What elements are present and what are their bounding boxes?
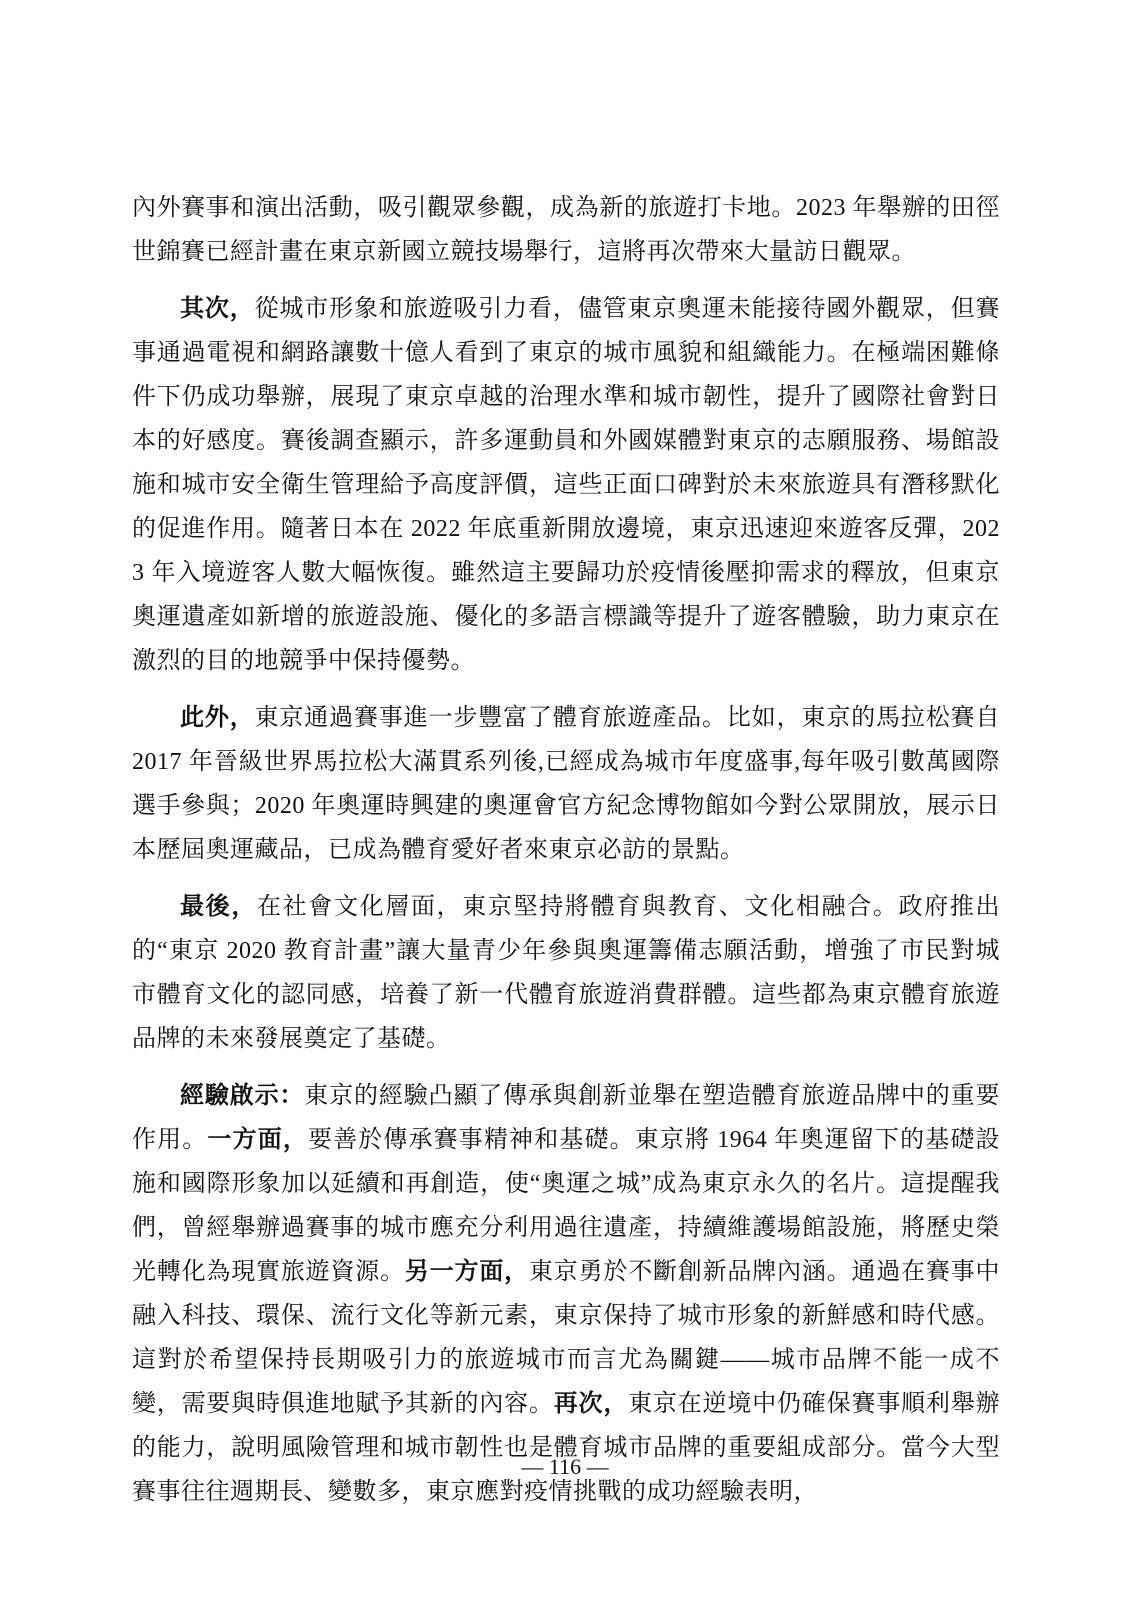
text-run: 經驗啟示： bbox=[180, 1083, 304, 1109]
text-run: 再次， bbox=[554, 1391, 628, 1417]
paragraph: 最後，在社會文化層面，東京堅持將體育與教育、文化相融合。政府推出的“東京 202… bbox=[132, 885, 1000, 1061]
text-run: 另一方面， bbox=[405, 1259, 529, 1285]
document-page: 內外賽事和演出活動，吸引觀眾參觀，成為新的旅遊打卡地。2023 年舉辦的田徑世錦… bbox=[0, 0, 1130, 1600]
paragraph: 經驗啟示：東京的經驗凸顯了傳承與創新並舉在塑造體育旅遊品牌中的重要作用。一方面，… bbox=[132, 1074, 1000, 1514]
paragraph: 此外，東京通過賽事進一步豐富了體育旅遊產品。比如，東京的馬拉松賽自 2017 年… bbox=[132, 696, 1000, 872]
paragraph: 其次，從城市形象和旅遊吸引力看，儘管東京奧運未能接待國外觀眾，但賽事通過電視和網… bbox=[132, 287, 1000, 683]
paragraph: 內外賽事和演出活動，吸引觀眾參觀，成為新的旅遊打卡地。2023 年舉辦的田徑世錦… bbox=[132, 186, 1000, 274]
page-number: — 116 — bbox=[0, 1452, 1130, 1482]
text-run: 此外， bbox=[180, 705, 255, 731]
text-run: 一方面， bbox=[207, 1127, 308, 1153]
text-run: 內外賽事和演出活動，吸引觀眾參觀，成為新的旅遊打卡地。2023 年舉辦的田徑世錦… bbox=[132, 195, 1000, 265]
text-run: 最後， bbox=[180, 894, 257, 920]
page-text-body: 內外賽事和演出活動，吸引觀眾參觀，成為新的旅遊打卡地。2023 年舉辦的田徑世錦… bbox=[132, 186, 1000, 1514]
text-run: 東京通過賽事進一步豐富了體育旅遊產品。比如，東京的馬拉松賽自 2017 年晉級世… bbox=[132, 705, 1000, 863]
text-run: 從城市形象和旅遊吸引力看，儘管東京奧運未能接待國外觀眾，但賽事通過電視和網路讓數… bbox=[132, 296, 1000, 674]
text-run: 在社會文化層面，東京堅持將體育與教育、文化相融合。政府推出的“東京 2020 教… bbox=[132, 894, 1000, 1052]
text-run: 其次， bbox=[180, 296, 255, 322]
